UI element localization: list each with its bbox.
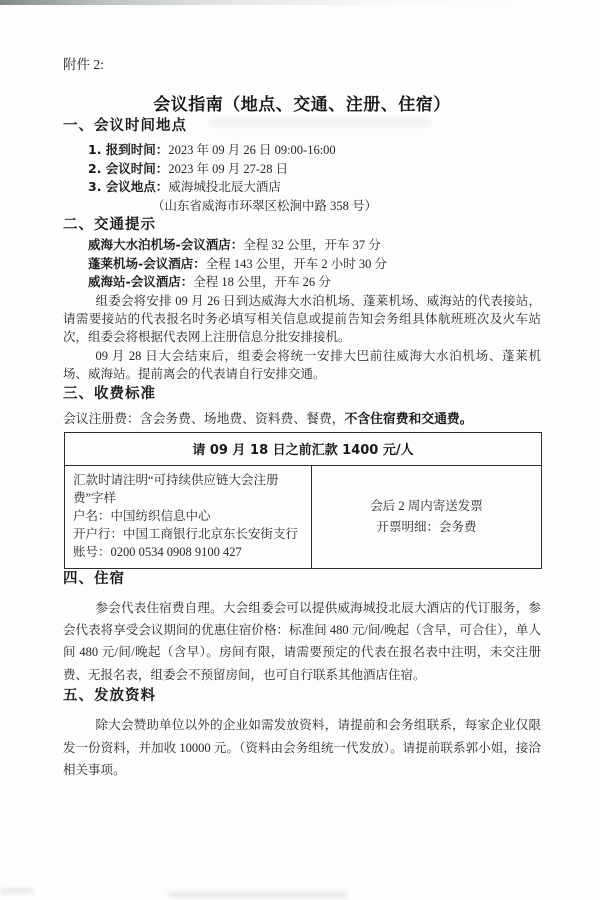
bank-info-cell: 汇款时请注明“可持续供应链大会注册 费”字样 户名：中国纺织信息中心 开户行：中… — [65, 466, 312, 568]
scan-artifact-top-edge — [0, 0, 600, 5]
route-value: 全程 143 公里，开车 2 小时 30 分 — [206, 257, 387, 271]
transport-pickup-paragraph: 组委会将安排 09 月 26 日到达威海大水泊机场、蓬莱机场、威海站的代表接站，… — [63, 292, 541, 347]
item-label: 3. 会议地点： — [88, 179, 168, 194]
route-value: 全程 18 公里，开车 26 分 — [193, 275, 331, 289]
route-airport-penglai: 蓬莱机场-会议酒店：全程 143 公里，开车 2 小时 30 分 — [88, 255, 541, 274]
transport-route-list: 威海大水泊机场-会议酒店：全程 32 公里，开车 37 分 蓬莱机场-会议酒店：… — [88, 236, 541, 292]
document-title: 会议指南（地点、交通、注册、住宿） — [63, 94, 541, 116]
list-item-meeting-place: 3. 会议地点：威海城投北辰大酒店 — [88, 178, 541, 197]
scan-artifact-bottom-left — [0, 888, 34, 894]
meeting-info-list: 1. 报到时间：2023 年 09 月 26 日 09:00-16:00 2. … — [88, 141, 541, 215]
route-station-weihai: 威海站-会议酒店：全程 18 公里，开车 26 分 — [88, 273, 541, 292]
materials-paragraph: 除大会赞助单位以外的企业如需发放资料，请提前和会务组联系，每家企业仅限发一份资料… — [63, 714, 541, 781]
route-label: 蓬莱机场-会议酒店： — [88, 256, 206, 271]
section-heading-materials: 五、发放资料 — [63, 686, 541, 706]
fee-table-body-row: 汇款时请注明“可持续供应链大会注册 费”字样 户名：中国纺织信息中心 开户行：中… — [65, 466, 541, 568]
document-page: 附件 2: 会议指南（地点、交通、注册、住宿） 一、会议时间地点 1. 报到时间… — [0, 0, 600, 900]
section-heading-fees: 三、收费标准 — [63, 384, 541, 404]
registration-fee-note: 会议注册费：含会务费、场地费、资料费、餐费，不含住宿费和交通费。 — [63, 410, 541, 429]
item-value: 2023 年 09 月 27-28 日 — [168, 162, 288, 176]
section-heading-transport: 二、交通提示 — [63, 215, 541, 235]
section-heading-accommodation: 四、住宿 — [63, 569, 541, 589]
route-label: 威海站-会议酒店： — [88, 274, 193, 289]
route-value: 全程 32 公里，开车 37 分 — [243, 238, 381, 252]
list-item-checkin-time: 1. 报到时间：2023 年 09 月 26 日 09:00-16:00 — [88, 141, 541, 160]
fee-table: 请 09 月 18 日之前汇款 1400 元/人 汇款时请注明“可持续供应链大会… — [64, 432, 542, 569]
hotel-address: （山东省威海市环翠区松涧中路 358 号） — [152, 197, 541, 216]
section-heading-meeting-time: 一、会议时间地点 — [63, 116, 541, 136]
item-value: 2023 年 09 月 26 日 09:00-16:00 — [168, 143, 335, 157]
attachment-label: 附件 2: — [63, 56, 541, 73]
item-label: 1. 报到时间： — [88, 142, 168, 157]
transport-departure-paragraph: 09 月 28 日大会结束后，组委会将统一安排大巴前往威海大水泊机场、蓬莱机场、… — [63, 347, 541, 384]
list-item-meeting-time: 2. 会议时间：2023 年 09 月 27-28 日 — [88, 160, 541, 179]
fee-note-normal: 会议注册费：含会务费、场地费、资料费、餐费， — [63, 412, 345, 426]
document-content: 附件 2: 会议指南（地点、交通、注册、住宿） 一、会议时间地点 1. 报到时间… — [63, 56, 541, 781]
invoice-info-cell: 会后 2 周内寄送发票 开票明细：会务费 — [312, 466, 541, 568]
item-label: 2. 会议时间： — [88, 161, 168, 176]
scan-artifact-bottom — [168, 892, 348, 897]
item-value: 威海城投北辰大酒店 — [168, 180, 281, 194]
fee-table-header-row: 请 09 月 18 日之前汇款 1400 元/人 — [65, 433, 541, 466]
route-airport-weihai: 威海大水泊机场-会议酒店：全程 32 公里，开车 37 分 — [88, 236, 541, 255]
route-label: 威海大水泊机场-会议酒店： — [88, 237, 243, 252]
fee-note-bold: 不含住宿费和交通费。 — [345, 412, 473, 427]
accommodation-paragraph: 参会代表住宿费自理。大会组委会可以提供威海城投北辰大酒店的代订服务，参会代表将享… — [63, 597, 541, 687]
